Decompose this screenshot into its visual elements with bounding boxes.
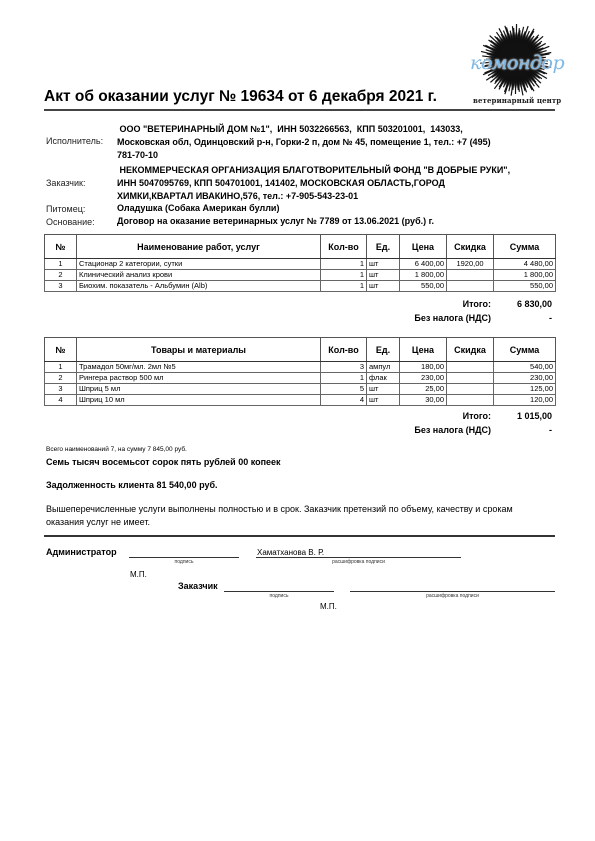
signature-separator [44, 535, 555, 537]
executor-line-3: 781-70-10 [117, 149, 557, 162]
customer-label: Заказчик: [46, 178, 85, 188]
customer-sign-label: Заказчик [178, 581, 218, 591]
admin-signature-line [129, 557, 239, 558]
executor-line-1: ООО "ВЕТЕРИНАРНЫЙ ДОМ №1", ИНН 503226656… [117, 123, 557, 136]
cell-price: 1 800,00 [400, 270, 447, 281]
table-row: 1Трамадол 50мг/мл. 2мл №53ампул180,00540… [45, 362, 556, 373]
cell-number: 3 [45, 281, 77, 292]
document-title: Акт об оказании услуг № 19634 от 6 декаб… [44, 88, 437, 106]
header-discount: Скидка [447, 235, 494, 259]
cell-price: 6 400,00 [400, 259, 447, 270]
goods-tax-value: - [472, 425, 552, 435]
cell-discount [447, 395, 494, 406]
customer-line-1: НЕКОММЕРЧЕСКАЯ ОРГАНИЗАЦИЯ БЛАГОТВОРИТЕЛ… [117, 164, 557, 177]
admin-label: Администратор [46, 547, 117, 557]
pet-label: Питомец: [46, 204, 85, 214]
cell-discount [447, 281, 494, 292]
table-row: 2Рингера раствор 500 мл1флак230,00230,00 [45, 373, 556, 384]
items-count-summary: Всего наименований 7, на сумму 7 845,00 … [46, 446, 187, 453]
header-sum: Сумма [494, 235, 556, 259]
cell-sum: 4 480,00 [494, 259, 556, 270]
cell-name: Биохим. показатель - Альбумин (Alb) [77, 281, 321, 292]
services-table: №Наименование работ, услугКол-воЕд.ЦенаС… [44, 234, 556, 292]
cell-name: Трамадол 50мг/мл. 2мл №5 [77, 362, 321, 373]
cell-sum: 230,00 [494, 373, 556, 384]
services-tax-label: Без налога (НДС) [341, 313, 491, 323]
customer-line-2: ИНН 5047095769, КПП 504701001, 141402, М… [117, 177, 557, 190]
cell-unit: шт [367, 281, 400, 292]
cell-name: Клинический анализ крови [77, 270, 321, 281]
goods-tax-label: Без налога (НДС) [341, 425, 491, 435]
cell-number: 2 [45, 373, 77, 384]
client-debt: Задолженность клиента 81 540,00 руб. [46, 480, 218, 490]
table-row: 4Шприц 10 мл4шт30,00120,00 [45, 395, 556, 406]
customer-signature-line [224, 591, 334, 592]
services-tax-value: - [472, 313, 552, 323]
cell-name: Рингера раствор 500 мл [77, 373, 321, 384]
table-row: 1Стационар 2 категории, сутки1шт6 400,00… [45, 259, 556, 270]
table-row: 2Клинический анализ крови1шт1 800,001 80… [45, 270, 556, 281]
goods-total-value: 1 015,00 [472, 411, 552, 421]
amount-in-words: Семь тысяч восемьсот сорок пять рублей 0… [46, 457, 281, 467]
header-quantity: Кол-во [321, 338, 367, 362]
admin-signature-caption: подпись [129, 559, 239, 565]
services-total-value: 6 830,00 [472, 299, 552, 309]
cell-number: 1 [45, 362, 77, 373]
cell-quantity: 1 [321, 259, 367, 270]
cell-number: 2 [45, 270, 77, 281]
header-price: Цена [400, 235, 447, 259]
header-sum: Сумма [494, 338, 556, 362]
cell-quantity: 3 [321, 362, 367, 373]
cell-number: 3 [45, 384, 77, 395]
title-divider [44, 109, 555, 111]
cell-sum: 125,00 [494, 384, 556, 395]
basis-label: Основание: [46, 217, 95, 227]
cell-quantity: 1 [321, 281, 367, 292]
clinic-logo: комондор ветеринарный центр [470, 30, 570, 110]
executor-line-2: Московская обл, Одинцовский р-н, Горки-2… [117, 136, 557, 149]
admin-stamp: М.П. [130, 570, 147, 579]
cell-quantity: 1 [321, 270, 367, 281]
basis-value: Договор на оказание ветеринарных услуг №… [117, 215, 434, 228]
cell-quantity: 5 [321, 384, 367, 395]
admin-name: Хаматханова В. Р. [257, 548, 324, 557]
table-row: 3Шприц 5 мл5шт25,00125,00 [45, 384, 556, 395]
cell-unit: шт [367, 395, 400, 406]
table-header-row: №Товары и материалыКол-воЕд.ЦенаСкидкаСу… [45, 338, 556, 362]
cell-unit: шт [367, 259, 400, 270]
cell-number: 4 [45, 395, 77, 406]
cell-discount [447, 362, 494, 373]
header-name: Товары и материалы [77, 338, 321, 362]
cell-name: Шприц 5 мл [77, 384, 321, 395]
logo-script-text: комондор [470, 52, 570, 74]
cell-price: 230,00 [400, 373, 447, 384]
table-header-row: №Наименование работ, услугКол-воЕд.ЦенаС… [45, 235, 556, 259]
cell-number: 1 [45, 259, 77, 270]
logo-subtitle: ветеринарный центр [473, 96, 570, 105]
cell-unit: ампул [367, 362, 400, 373]
cell-price: 180,00 [400, 362, 447, 373]
cell-discount [447, 373, 494, 384]
cell-sum: 540,00 [494, 362, 556, 373]
completion-statement: Вышеперечисленные услуги выполнены полно… [46, 503, 536, 529]
cell-discount [447, 270, 494, 281]
cell-unit: шт [367, 270, 400, 281]
header-price: Цена [400, 338, 447, 362]
customer-stamp: М.П. [320, 602, 337, 611]
cell-unit: шт [367, 384, 400, 395]
header-unit: Ед. [367, 338, 400, 362]
goods-table: №Товары и материалыКол-воЕд.ЦенаСкидкаСу… [44, 337, 556, 406]
executor-details: ООО "ВЕТЕРИНАРНЫЙ ДОМ №1", ИНН 503226656… [117, 123, 557, 162]
header-unit: Ед. [367, 235, 400, 259]
header-discount: Скидка [447, 338, 494, 362]
customer-decode-caption: расшифровка подписи [350, 593, 555, 599]
admin-decode-caption: расшифровка подписи [256, 559, 461, 565]
cell-unit: флак [367, 373, 400, 384]
cell-discount: 1920,00 [447, 259, 494, 270]
cell-discount [447, 384, 494, 395]
services-total-label: Итого: [341, 299, 491, 309]
goods-total-label: Итого: [341, 411, 491, 421]
header-number: № [45, 338, 77, 362]
customer-details: НЕКОММЕРЧЕСКАЯ ОРГАНИЗАЦИЯ БЛАГОТВОРИТЕЛ… [117, 164, 557, 203]
customer-decode-line [350, 591, 555, 592]
pet-value: Оладушка (Собака Американ булли) [117, 202, 279, 215]
cell-quantity: 1 [321, 373, 367, 384]
header-quantity: Кол-во [321, 235, 367, 259]
cell-sum: 120,00 [494, 395, 556, 406]
cell-price: 25,00 [400, 384, 447, 395]
cell-price: 30,00 [400, 395, 447, 406]
cell-sum: 550,00 [494, 281, 556, 292]
executor-label: Исполнитель: [46, 136, 103, 146]
header-number: № [45, 235, 77, 259]
header-name: Наименование работ, услуг [77, 235, 321, 259]
cell-price: 550,00 [400, 281, 447, 292]
admin-decode-line [256, 557, 461, 558]
customer-signature-caption: подпись [224, 593, 334, 599]
cell-sum: 1 800,00 [494, 270, 556, 281]
cell-name: Шприц 10 мл [77, 395, 321, 406]
cell-quantity: 4 [321, 395, 367, 406]
cell-name: Стационар 2 категории, сутки [77, 259, 321, 270]
table-row: 3Биохим. показатель - Альбумин (Alb)1шт5… [45, 281, 556, 292]
